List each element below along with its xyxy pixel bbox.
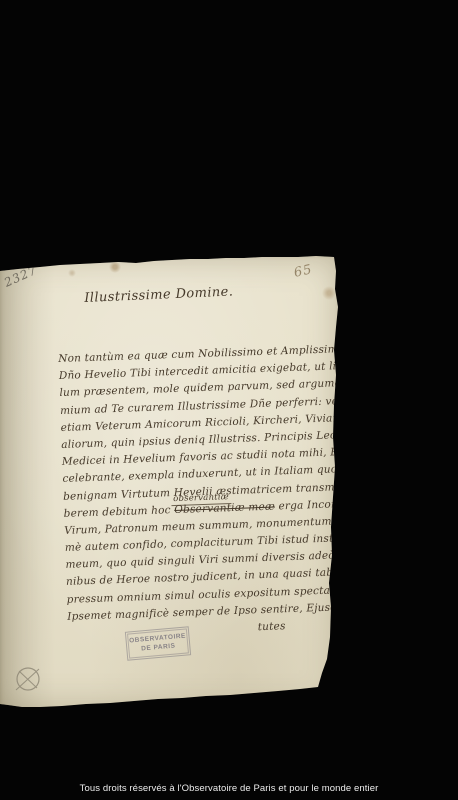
letter-body: Non tantùm ea quæ cum Nobilissimo et Amp… (58, 341, 348, 643)
manuscript-scan-view: 2327 65 Illustrissime Domine. Non tantùm… (0, 0, 458, 800)
observatory-stamp-border: OBSERVATOIRE DE PARIS (127, 628, 189, 658)
folio-number: 65 (293, 262, 314, 281)
correction-before-text: berem debitum hoc (63, 504, 174, 520)
observatory-stamp: OBSERVATOIRE DE PARIS (125, 626, 191, 660)
archive-number: 2327 (2, 263, 39, 290)
manuscript-page: 2327 65 Illustrissime Domine. Non tantùm… (0, 255, 340, 711)
correction-after-text: erga Incomparabilem (275, 496, 397, 512)
copyright-caption: Tous droits réservés à l'Observatoire de… (0, 783, 458, 794)
salutation: Illustrissime Domine. (84, 284, 234, 305)
inserted-word: observantiæ (171, 493, 231, 506)
crossed-circle-icon (12, 663, 44, 695)
